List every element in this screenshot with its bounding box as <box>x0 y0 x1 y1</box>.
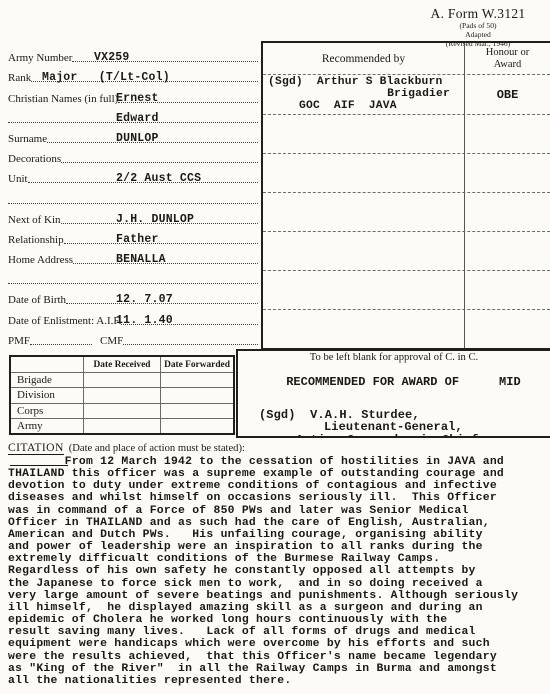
recommended-for-award-label: RECOMMENDED FOR AWARD OF <box>286 375 459 389</box>
field-label: Christian Names (in full) <box>8 93 118 106</box>
citation-line: as "King of the River" in all the Railwa… <box>8 663 548 675</box>
citation-heading: CITATION(Date and place of action must b… <box>8 441 548 455</box>
citation-line: and power of leadership were an inspirat… <box>8 541 548 553</box>
routing-column-header: Date Forwarded <box>160 357 233 372</box>
recommended-by-cell <box>263 310 464 348</box>
form-field-row: Unit 2/2 Aust CCS <box>8 166 258 186</box>
recommendation-table-header: Recommended by Honour or Award <box>263 43 550 74</box>
field-typed-value: Father <box>116 234 159 246</box>
recommended-by-cell: (Sgd) Arthur S BlackburnBrigadierGOC AIF… <box>263 75 464 114</box>
recommendation-row <box>263 153 550 192</box>
award-cell <box>464 310 550 348</box>
cinc-approval-section: To be left blank for approval of C. in C… <box>236 349 550 438</box>
recommended-by-cell <box>263 232 464 270</box>
dotted-leader <box>61 162 258 163</box>
form-field-row: Edward <box>8 106 258 126</box>
form-field-row: Rank Major (T/Lt-Col) <box>8 65 258 85</box>
field-label: Date of Birth <box>8 294 66 307</box>
recommendation-row <box>263 270 550 309</box>
citation-title: CITATION <box>8 441 64 455</box>
citation-line: the Japanese to force sick men to work, … <box>8 578 548 590</box>
honour-award-header: Honour or Award <box>464 43 550 74</box>
recommendation-row: (Sgd) Arthur S BlackburnBrigadierGOC AIF… <box>263 74 550 114</box>
form-field-row: Date of Enlistment: A.I.F. 11. 1.40 <box>8 307 258 327</box>
routing-row-label: Corps <box>11 403 83 418</box>
indent-rule <box>10 465 68 466</box>
recommendation-row <box>263 231 550 270</box>
approval-note: To be left blank for approval of C. in C… <box>238 352 550 364</box>
citation-line: all the nationalities represented there. <box>8 675 548 687</box>
routing-row-label: Division <box>11 387 83 402</box>
field-label: Date of Enlistment: A.I.F. <box>8 315 121 328</box>
field-typed-value: 2/2 Aust CCS <box>116 173 201 185</box>
pmf-cmf-row: PMF CMF <box>8 328 258 348</box>
citation-line: were the results achieved, that this Off… <box>8 651 548 663</box>
dotted-leader <box>30 344 92 345</box>
field-label: Rank <box>8 72 31 85</box>
field-typed-value: Ernest <box>116 93 159 105</box>
field-typed-value: Major (T/Lt-Col) <box>42 72 170 84</box>
award-cell: OBE <box>464 75 550 114</box>
field-label: Surname <box>8 133 47 146</box>
cmf-label: CMF <box>100 335 123 348</box>
recommended-by-header: Recommended by <box>263 43 464 74</box>
citation-line: Officer in THAILAND and as such had the … <box>8 517 548 529</box>
routing-empty-cell <box>160 403 233 418</box>
citation-line: diseases and whilst himself on occasions… <box>8 492 548 504</box>
dotted-leader <box>8 283 258 284</box>
citation-line: very large amount of severe beatings and… <box>8 590 548 602</box>
citation-line: extremely difficualt conditions of the B… <box>8 553 548 565</box>
form-field-row <box>8 186 258 206</box>
cinc-signature-line: Lieutenant-General, <box>238 421 550 433</box>
routing-row-label: Brigade <box>11 372 83 387</box>
field-typed-value: BENALLA <box>116 254 166 266</box>
routing-table: Date ReceivedDate ForwardedBrigadeDivisi… <box>9 355 235 435</box>
form-field-row: Next of Kin J.H. DUNLOP <box>8 207 258 227</box>
form-field-row: Army Number VX259 <box>8 45 258 65</box>
field-typed-value: 11. 1.40 <box>116 315 173 327</box>
field-typed-value: Edward <box>116 113 159 125</box>
routing-corner-cell <box>11 357 83 372</box>
field-typed-value: 12. 7.07 <box>116 294 173 306</box>
routing-column-header: Date Received <box>83 357 160 372</box>
approval-signature-block: (Sgd) V.A.H. Sturdee,Lieutenant-General,… <box>238 409 550 438</box>
form-field-row: Surname DUNLOP <box>8 126 258 146</box>
recommended-by-cell <box>263 193 464 231</box>
award-cell <box>464 193 550 231</box>
award-cell <box>464 154 550 192</box>
routing-empty-cell <box>83 418 160 433</box>
routing-empty-cell <box>160 372 233 387</box>
routing-empty-cell <box>83 372 160 387</box>
recommended-by-cell <box>263 115 464 153</box>
citation-line: American and Dutch PWs. His unfailing co… <box>8 529 548 541</box>
recommendation-row <box>263 114 550 153</box>
form-field-row: Relationship Father <box>8 227 258 247</box>
field-label: Army Number <box>8 52 72 65</box>
field-label: Next of Kin <box>8 214 61 227</box>
field-label: Home Address <box>8 254 73 267</box>
citation-line: From 12 March 1942 to the cessation of h… <box>8 456 548 468</box>
citation-line: ill himself, he displayed amazing skill … <box>8 602 548 614</box>
routing-empty-cell <box>83 403 160 418</box>
field-typed-value: DUNLOP <box>116 133 159 145</box>
routing-row-label: Army <box>11 418 83 433</box>
personal-details-rows: Army Number VX259 Rank Major (T/Lt-Col) … <box>8 45 258 328</box>
routing-empty-cell <box>83 387 160 402</box>
form-field-row: Date of Birth 12. 7.07 <box>8 287 258 307</box>
citation-body: From 12 March 1942 to the cessation of h… <box>8 456 548 687</box>
citation-section: CITATION(Date and place of action must b… <box>8 441 548 687</box>
routing-empty-cell <box>160 418 233 433</box>
award-cell <box>464 232 550 270</box>
personal-details-section: Army Number VX259 Rank Major (T/Lt-Col) … <box>8 45 258 348</box>
recommended-by-cell <box>263 271 464 309</box>
citation-line: equipment were handicaps which were over… <box>8 638 548 650</box>
form-field-row <box>8 267 258 287</box>
recommendation-row <box>263 192 550 231</box>
honour-award-header-line1: Honour or <box>465 47 550 59</box>
scanned-award-recommendation-form: A. Form W.3121 (Pads of 50) Adapted (Rev… <box>0 0 550 694</box>
honour-award-header-line2: Award <box>465 59 550 71</box>
recommendation-row <box>263 309 550 348</box>
form-field-row: Home Address BENALLA <box>8 247 258 267</box>
field-label: Decorations <box>8 153 61 166</box>
pmf-label: PMF <box>8 335 30 348</box>
field-label: Unit <box>8 173 28 186</box>
recommended-award-line: RECOMMENDED FOR AWARD OFMID <box>238 364 550 402</box>
recommended-by-cell <box>263 154 464 192</box>
award-cell <box>464 115 550 153</box>
citation-line: Regardless of his own safety he constant… <box>8 565 548 577</box>
recommender-signature-line: GOC AIF JAVA <box>263 101 464 113</box>
recommendation-table: Recommended by Honour or Award (Sgd) Art… <box>261 41 550 350</box>
routing-empty-cell <box>160 387 233 402</box>
form-field-row: Decorations <box>8 146 258 166</box>
field-typed-value: VX259 <box>94 52 130 64</box>
citation-line: epidemic of Cholera he worked long hours… <box>8 614 548 626</box>
dotted-leader <box>8 203 258 204</box>
dotted-leader <box>64 243 258 244</box>
form-number: A. Form W.3121 <box>408 6 548 22</box>
form-field-row: Christian Names (in full) Ernest <box>8 85 258 105</box>
award-cell <box>464 271 550 309</box>
dotted-leader <box>123 344 258 345</box>
field-typed-value: J.H. DUNLOP <box>116 214 194 226</box>
field-label: Relationship <box>8 234 64 247</box>
citation-line: was in command of a Force of 850 PWs and… <box>8 505 548 517</box>
approved-award-value: MID <box>499 375 521 389</box>
citation-heading-note: (Date and place of action must be stated… <box>69 443 245 454</box>
citation-line: devotion to duty under extreme condition… <box>8 480 548 492</box>
cinc-signature-line: Acting Commander in Chief, <box>238 434 550 438</box>
citation-line: THAILAND this officer was a supreme exam… <box>8 468 548 480</box>
citation-line: result saving many lives. Lack of all fo… <box>8 626 548 638</box>
